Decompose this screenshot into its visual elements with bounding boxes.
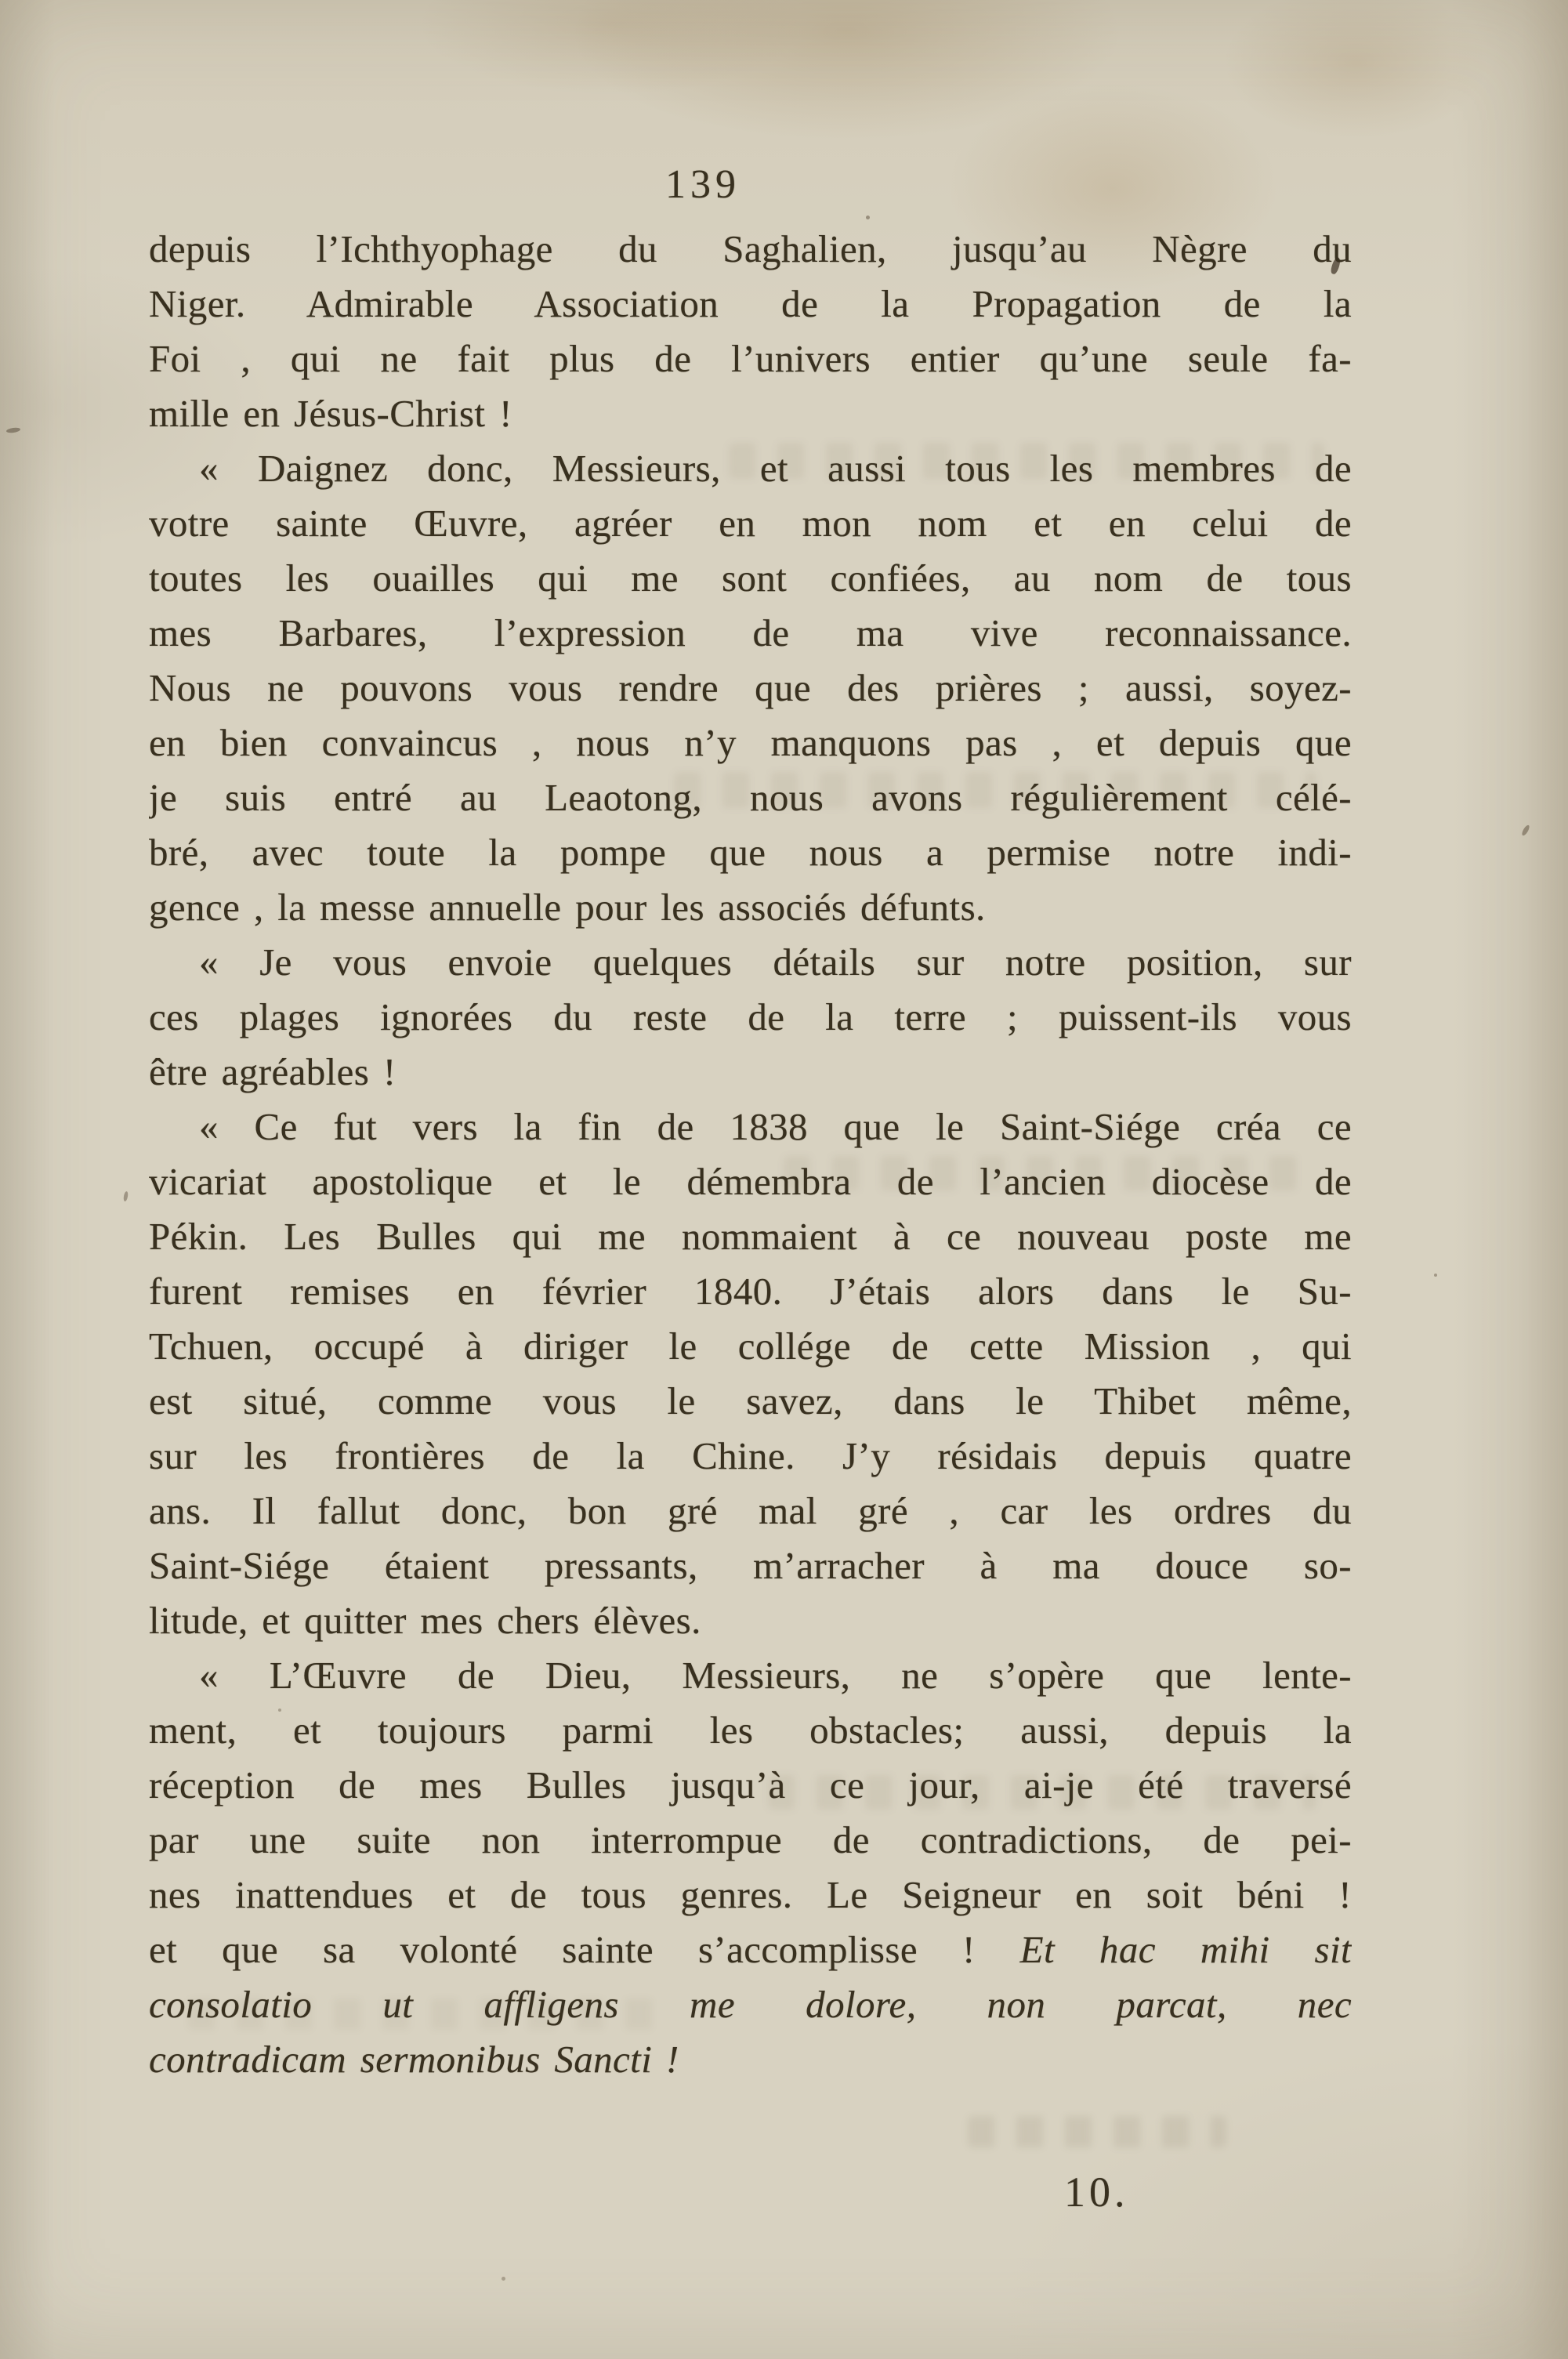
text-line: litude, et quitter mes chers élèves. <box>149 1593 1352 1648</box>
paper-speck <box>502 2277 505 2281</box>
text-block: depuis l’Ichthyophage du Saghalien, jusq… <box>149 222 1352 2087</box>
text-line: mille en Jésus-Christ ! <box>149 386 1352 441</box>
paper-speck <box>1521 824 1531 837</box>
body-text: furent remises en février 1840. J’étais … <box>149 1270 1352 1313</box>
latin-italic-text: Et hac mihi sit <box>1020 1928 1352 1971</box>
body-text: litude, et quitter mes chers élèves. <box>149 1599 701 1642</box>
text-line: Foi , qui ne fait plus de l’univers enti… <box>149 332 1352 386</box>
paper-speck <box>123 1191 129 1202</box>
body-text: ment, et toujours parmi les obstacles; a… <box>149 1709 1352 1752</box>
text-line: furent remises en février 1840. J’étais … <box>149 1264 1352 1319</box>
latin-italic-text: contradicam sermonibus Sancti ! <box>149 2038 679 2081</box>
text-line: Tchuen, occupé à diriger le collége de c… <box>149 1319 1352 1374</box>
body-text: gence , la messe annuelle pour les assoc… <box>149 886 986 929</box>
body-text: « Daignez donc, Messieurs, et aussi tous… <box>199 447 1352 490</box>
text-line: votre sainte Œuvre, agréer en mon nom et… <box>149 496 1352 551</box>
body-text: vicariat apostolique et le démembra de l… <box>149 1160 1352 1203</box>
body-text: depuis l’Ichthyophage du Saghalien, jusq… <box>149 227 1352 270</box>
text-line: ans. Il fallut donc, bon gré mal gré , c… <box>149 1484 1352 1538</box>
text-line: Nous ne pouvons vous rendre que des priè… <box>149 661 1352 716</box>
text-line: est situé, comme vous le savez, dans le … <box>149 1374 1352 1429</box>
text-line: gence , la messe annuelle pour les assoc… <box>149 880 1352 935</box>
text-line: par une suite non interrompue de contrad… <box>149 1813 1352 1868</box>
page-number: 139 <box>665 161 741 208</box>
book-page-scan: 139 depuis l’Ichthyophage du Saghalien, … <box>0 0 1568 2359</box>
body-text: mille en Jésus-Christ ! <box>149 392 512 435</box>
body-text: réception de mes Bulles jusqu’à ce jour,… <box>149 1763 1352 1806</box>
body-text: ans. Il fallut donc, bon gré mal gré , c… <box>149 1489 1352 1532</box>
signature-mark: 10. <box>1064 2168 1129 2216</box>
text-line: contradicam sermonibus Sancti ! <box>149 2032 1352 2087</box>
text-line: vicariat apostolique et le démembra de l… <box>149 1154 1352 1209</box>
body-text: Saint-Siége étaient pressants, m’arrache… <box>149 1544 1352 1587</box>
text-line: je suis entré au Leaotong, nous avons ré… <box>149 770 1352 825</box>
text-line: Niger. Admirable Association de la Propa… <box>149 277 1352 332</box>
text-line: Saint-Siége étaient pressants, m’arrache… <box>149 1538 1352 1593</box>
body-text: « L’Œuvre de Dieu, Messieurs, ne s’opère… <box>199 1654 1352 1697</box>
body-text: bré, avec toute la pompe que nous a perm… <box>149 831 1352 874</box>
text-line: « Ce fut vers la fin de 1838 que le Sain… <box>149 1100 1352 1154</box>
body-text: et que sa volonté sainte s’accomplisse ! <box>149 1928 1020 1971</box>
text-line: bré, avec toute la pompe que nous a perm… <box>149 825 1352 880</box>
latin-italic-text: consolatio ut affligens me dolore, non p… <box>149 1983 1352 2026</box>
paper-speck <box>866 216 870 219</box>
text-line: depuis l’Ichthyophage du Saghalien, jusq… <box>149 222 1352 277</box>
text-line: réception de mes Bulles jusqu’à ce jour,… <box>149 1758 1352 1813</box>
text-line: « L’Œuvre de Dieu, Messieurs, ne s’opère… <box>149 1648 1352 1703</box>
text-line: être agréables ! <box>149 1045 1352 1100</box>
text-line: nes inattendues et de tous genres. Le Se… <box>149 1868 1352 1922</box>
text-line: en bien convaincus , nous n’y manquons p… <box>149 716 1352 770</box>
body-text: nes inattendues et de tous genres. Le Se… <box>149 1873 1352 1916</box>
body-text: en bien convaincus , nous n’y manquons p… <box>149 721 1352 764</box>
body-text: Niger. Admirable Association de la Propa… <box>149 282 1352 325</box>
ink-mark <box>6 427 21 433</box>
body-text: par une suite non interrompue de contrad… <box>149 1818 1352 1861</box>
text-line: « Je vous envoie quelques détails sur no… <box>149 935 1352 990</box>
text-line: consolatio ut affligens me dolore, non p… <box>149 1977 1352 2032</box>
text-line: ces plages ignorées du reste de la terre… <box>149 990 1352 1045</box>
text-line: « Daignez donc, Messieurs, et aussi tous… <box>149 441 1352 496</box>
text-line: ment, et toujours parmi les obstacles; a… <box>149 1703 1352 1758</box>
body-text: Tchuen, occupé à diriger le collége de c… <box>149 1324 1352 1368</box>
verso-showthrough-smudge <box>968 2116 1226 2147</box>
body-text: être agréables ! <box>149 1050 397 1093</box>
text-line: Pékin. Les Bulles qui me nommaient à ce … <box>149 1209 1352 1264</box>
body-text: votre sainte Œuvre, agréer en mon nom et… <box>149 502 1352 545</box>
text-line: et que sa volonté sainte s’accomplisse !… <box>149 1922 1352 1977</box>
body-text: « Je vous envoie quelques détails sur no… <box>199 940 1352 984</box>
text-line: toutes les ouailles qui me sont confiées… <box>149 551 1352 606</box>
body-text: ces plages ignorées du reste de la terre… <box>149 995 1352 1038</box>
body-text: sur les frontières de la Chine. J’y rési… <box>149 1434 1352 1477</box>
body-text: Pékin. Les Bulles qui me nommaient à ce … <box>149 1215 1352 1258</box>
body-text: mes Barbares, l’expression de ma vive re… <box>149 611 1352 654</box>
body-text: toutes les ouailles qui me sont confiées… <box>149 556 1352 600</box>
body-text: Nous ne pouvons vous rendre que des priè… <box>149 666 1352 709</box>
body-text: est situé, comme vous le savez, dans le … <box>149 1379 1352 1422</box>
text-line: sur les frontières de la Chine. J’y rési… <box>149 1429 1352 1484</box>
text-line: mes Barbares, l’expression de ma vive re… <box>149 606 1352 661</box>
paper-speck <box>1434 1274 1437 1277</box>
body-text: « Ce fut vers la fin de 1838 que le Sain… <box>199 1105 1352 1148</box>
body-text: je suis entré au Leaotong, nous avons ré… <box>149 776 1352 819</box>
body-text: Foi , qui ne fait plus de l’univers enti… <box>149 337 1352 380</box>
